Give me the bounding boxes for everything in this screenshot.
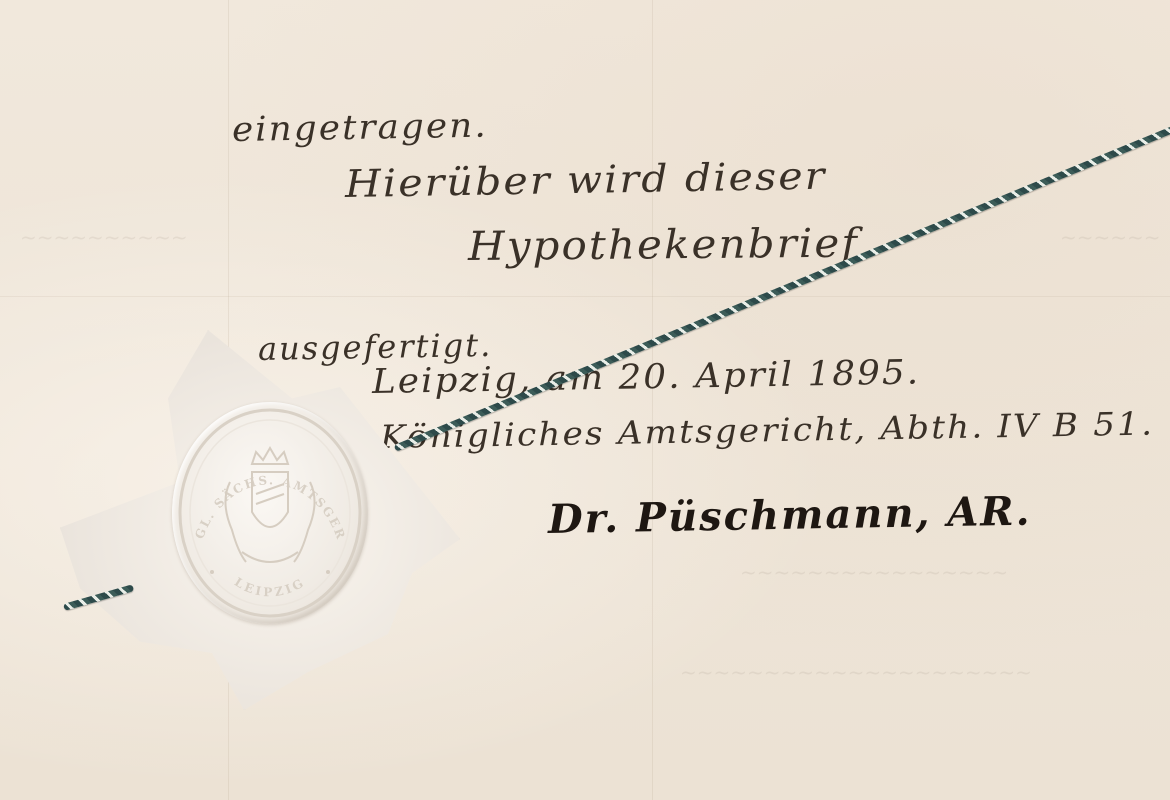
handwritten-line-hierueber: Hierüber wird dieser [345,154,827,206]
bleed-through-text: ~~~~~~~~~~~~~~~~ [740,560,1008,584]
handwritten-line-eingetragen: eingetragen. [232,106,488,150]
handwritten-line-hypothekenbrief: Hypothekenbrief [468,221,859,270]
bleed-through-text: ~~~~~~~~~~~~~~~~~~~~~ [680,660,1032,684]
signature: Dr. Püschmann, AR. [548,488,1032,543]
faint-rule-line [0,296,1170,297]
svg-text:LEIPZIG: LEIPZIG [232,575,308,599]
bleed-through-text: ~~~~~~ [1060,225,1161,249]
bleed-through-text: ~~~~~~~~~~ [20,225,188,249]
seal-emblem-icon: KÖNIGL. SÄCHS. AMTSGERICHT LEIPZIG [172,402,368,624]
embossed-court-seal: KÖNIGL. SÄCHS. AMTSGERICHT LEIPZIG [172,402,368,624]
faint-rule-line [652,0,653,800]
